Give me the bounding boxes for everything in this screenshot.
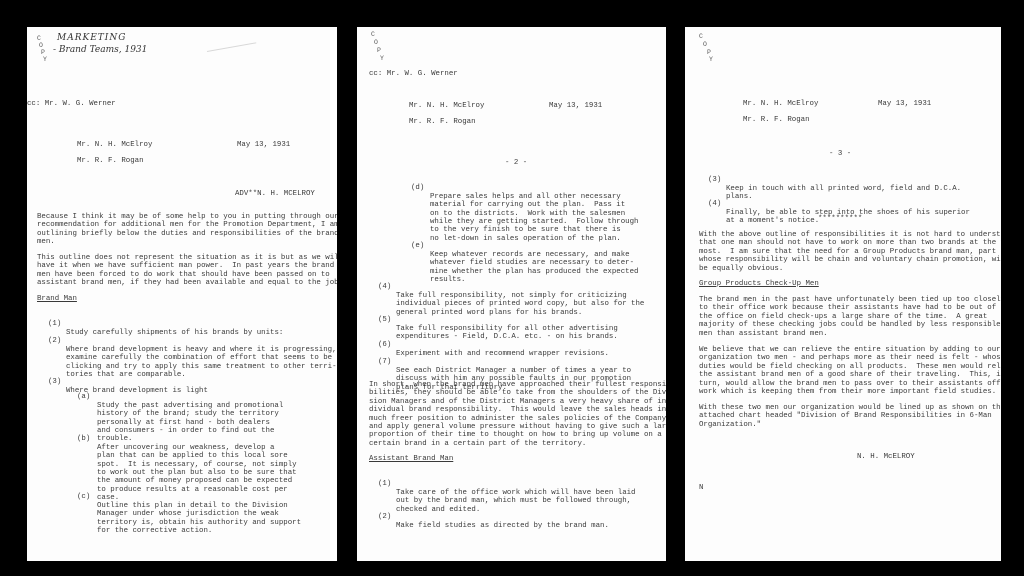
item-text: Keep whatever records are necessary, and…	[430, 251, 638, 285]
copy-letter: O	[374, 39, 378, 46]
sub-list-item: (c) Outline this plan in detail to the D…	[77, 485, 95, 519]
list-item: (2) Make field studies as directed by th…	[378, 505, 396, 539]
memo-page-3: C O P Y Mr. N. H. McElroy May 13, 1931 M…	[685, 27, 1001, 561]
sub-list-item: (d) Prepare sales helps and all other ne…	[411, 176, 429, 210]
list-item: (2) Where brand development is heavy and…	[48, 329, 66, 363]
item-letter: (b)	[77, 435, 90, 443]
copy-letter: O	[39, 42, 43, 49]
signature: N. H. McELROY	[857, 453, 915, 461]
recipient-2: Mr. R. F. Rogan	[77, 157, 144, 165]
memo-page-1: C O P Y MARKETING - Brand Teams, 1931 cc…	[27, 27, 337, 561]
item-text: Keep in touch with all printed word, fie…	[726, 185, 961, 202]
summary-paragraph: In short, when the brand men have approa…	[369, 381, 666, 448]
sub-list-item: (a) Study the past advertising and promo…	[77, 385, 95, 419]
copy-letter: P	[377, 47, 381, 54]
item-number: (4)	[708, 200, 721, 208]
item-text: Experiment with and recommend wrapper re…	[396, 350, 609, 358]
separator-asterisks: **********	[818, 215, 862, 223]
section-heading-assistant-brand-man: Assistant Brand Man	[369, 455, 453, 463]
copy-letter: P	[707, 49, 711, 56]
recipient-1: Mr. N. H. McElroy	[409, 102, 484, 110]
item-letter: (c)	[77, 493, 90, 501]
item-number: (3)	[48, 378, 61, 386]
copy-letter: Y	[43, 56, 47, 63]
copy-letter: O	[703, 41, 707, 48]
item-letter: (e)	[411, 242, 424, 250]
copy-letter: Y	[709, 56, 713, 63]
item-text: Take care of the office work which will …	[396, 489, 636, 514]
item-number: (7)	[378, 358, 391, 366]
item-text: Make field studies as directed by the br…	[396, 522, 609, 530]
memo-page-2: C O P Y cc: Mr. W. G. Werner Mr. N. H. M…	[357, 27, 666, 561]
recipient-2: Mr. R. F. Rogan	[409, 118, 476, 126]
item-letter: (a)	[77, 393, 90, 401]
item-number: (2)	[378, 513, 391, 521]
page-number: - 2 -	[505, 159, 527, 167]
handwritten-subtitle: - Brand Teams, 1931	[53, 46, 147, 54]
check-up-paragraph-1: The brand men in the past have unfortuna…	[699, 296, 1001, 338]
typist-initial: N	[699, 484, 703, 492]
item-text: Study the past advertising and promotion…	[97, 402, 283, 444]
item-text: Outline this plan in detail to the Divis…	[97, 502, 301, 536]
item-text: Study carefully shipments of his brands …	[66, 329, 283, 337]
copy-letter: C	[37, 35, 41, 42]
handwritten-title: MARKETING	[57, 34, 126, 42]
list-item: (4) Take full responsibility, not simply…	[378, 275, 396, 309]
item-number: (6)	[378, 341, 391, 349]
item-number: (1)	[48, 320, 61, 328]
sub-list-item: (b) After uncovering our weakness, devel…	[77, 427, 95, 461]
check-up-paragraph-3: With these two men our organization woul…	[699, 404, 1001, 429]
memo-date: May 13, 1931	[878, 100, 931, 108]
recipient-2: Mr. R. F. Rogan	[743, 116, 810, 124]
cc-line: cc: Mr. W. G. Werner	[369, 70, 458, 78]
item-number: (3)	[708, 176, 721, 184]
copy-letter: P	[41, 49, 45, 56]
item-number: (1)	[378, 480, 391, 488]
section-heading-brand-man: Brand Man	[37, 295, 77, 303]
recipient-1: Mr. N. H. McElroy	[743, 100, 818, 108]
list-item: (1) Take care of the office work which w…	[378, 472, 396, 506]
item-text: Take full responsibility for all other a…	[396, 325, 618, 342]
item-text: Where brand development is heavy and whe…	[66, 346, 337, 380]
item-number: (5)	[378, 316, 391, 324]
list-item: (7) See each District Manager a number o…	[378, 350, 396, 384]
copy-letter: Y	[380, 55, 384, 62]
recipient-1: Mr. N. H. McElroy	[77, 141, 152, 149]
copy-letter: C	[371, 31, 375, 38]
item-text: After uncovering our weakness, develop a…	[97, 444, 297, 503]
memo-date: May 13, 1931	[237, 141, 290, 149]
list-item: (3) Where brand development is light	[48, 370, 66, 404]
page-number: - 3 -	[829, 150, 851, 158]
section-heading-check-up-men: Group Products Check-Up Men	[699, 280, 819, 288]
list-item: (4) Finally, be able to step into the sh…	[708, 192, 726, 226]
memo-date: May 13, 1931	[549, 102, 602, 110]
item-number: (2)	[48, 337, 61, 345]
item-letter: (d)	[411, 184, 424, 192]
reference-line: ADV**N. H. MCELROY	[235, 190, 315, 198]
outline-paragraph: This outline does not represent the situ…	[37, 254, 337, 288]
copy-letter: C	[699, 33, 703, 40]
pencil-mark	[207, 42, 256, 52]
item-text: Prepare sales helps and all other necess…	[430, 193, 638, 243]
item-text: Take full responsibility, not simply for…	[396, 292, 644, 317]
intro-paragraph: Because I think it may be of some help t…	[37, 213, 337, 247]
item-number: (4)	[378, 283, 391, 291]
check-up-paragraph-2: We believe that we can relieve the entir…	[699, 346, 1001, 396]
conclusion-paragraph: With the above outline of responsibiliti…	[699, 231, 1001, 273]
sub-list-item: (e) Keep whatever records are necessary,…	[411, 234, 429, 268]
cc-line: cc: Mr. W. G. Werner	[27, 100, 116, 108]
